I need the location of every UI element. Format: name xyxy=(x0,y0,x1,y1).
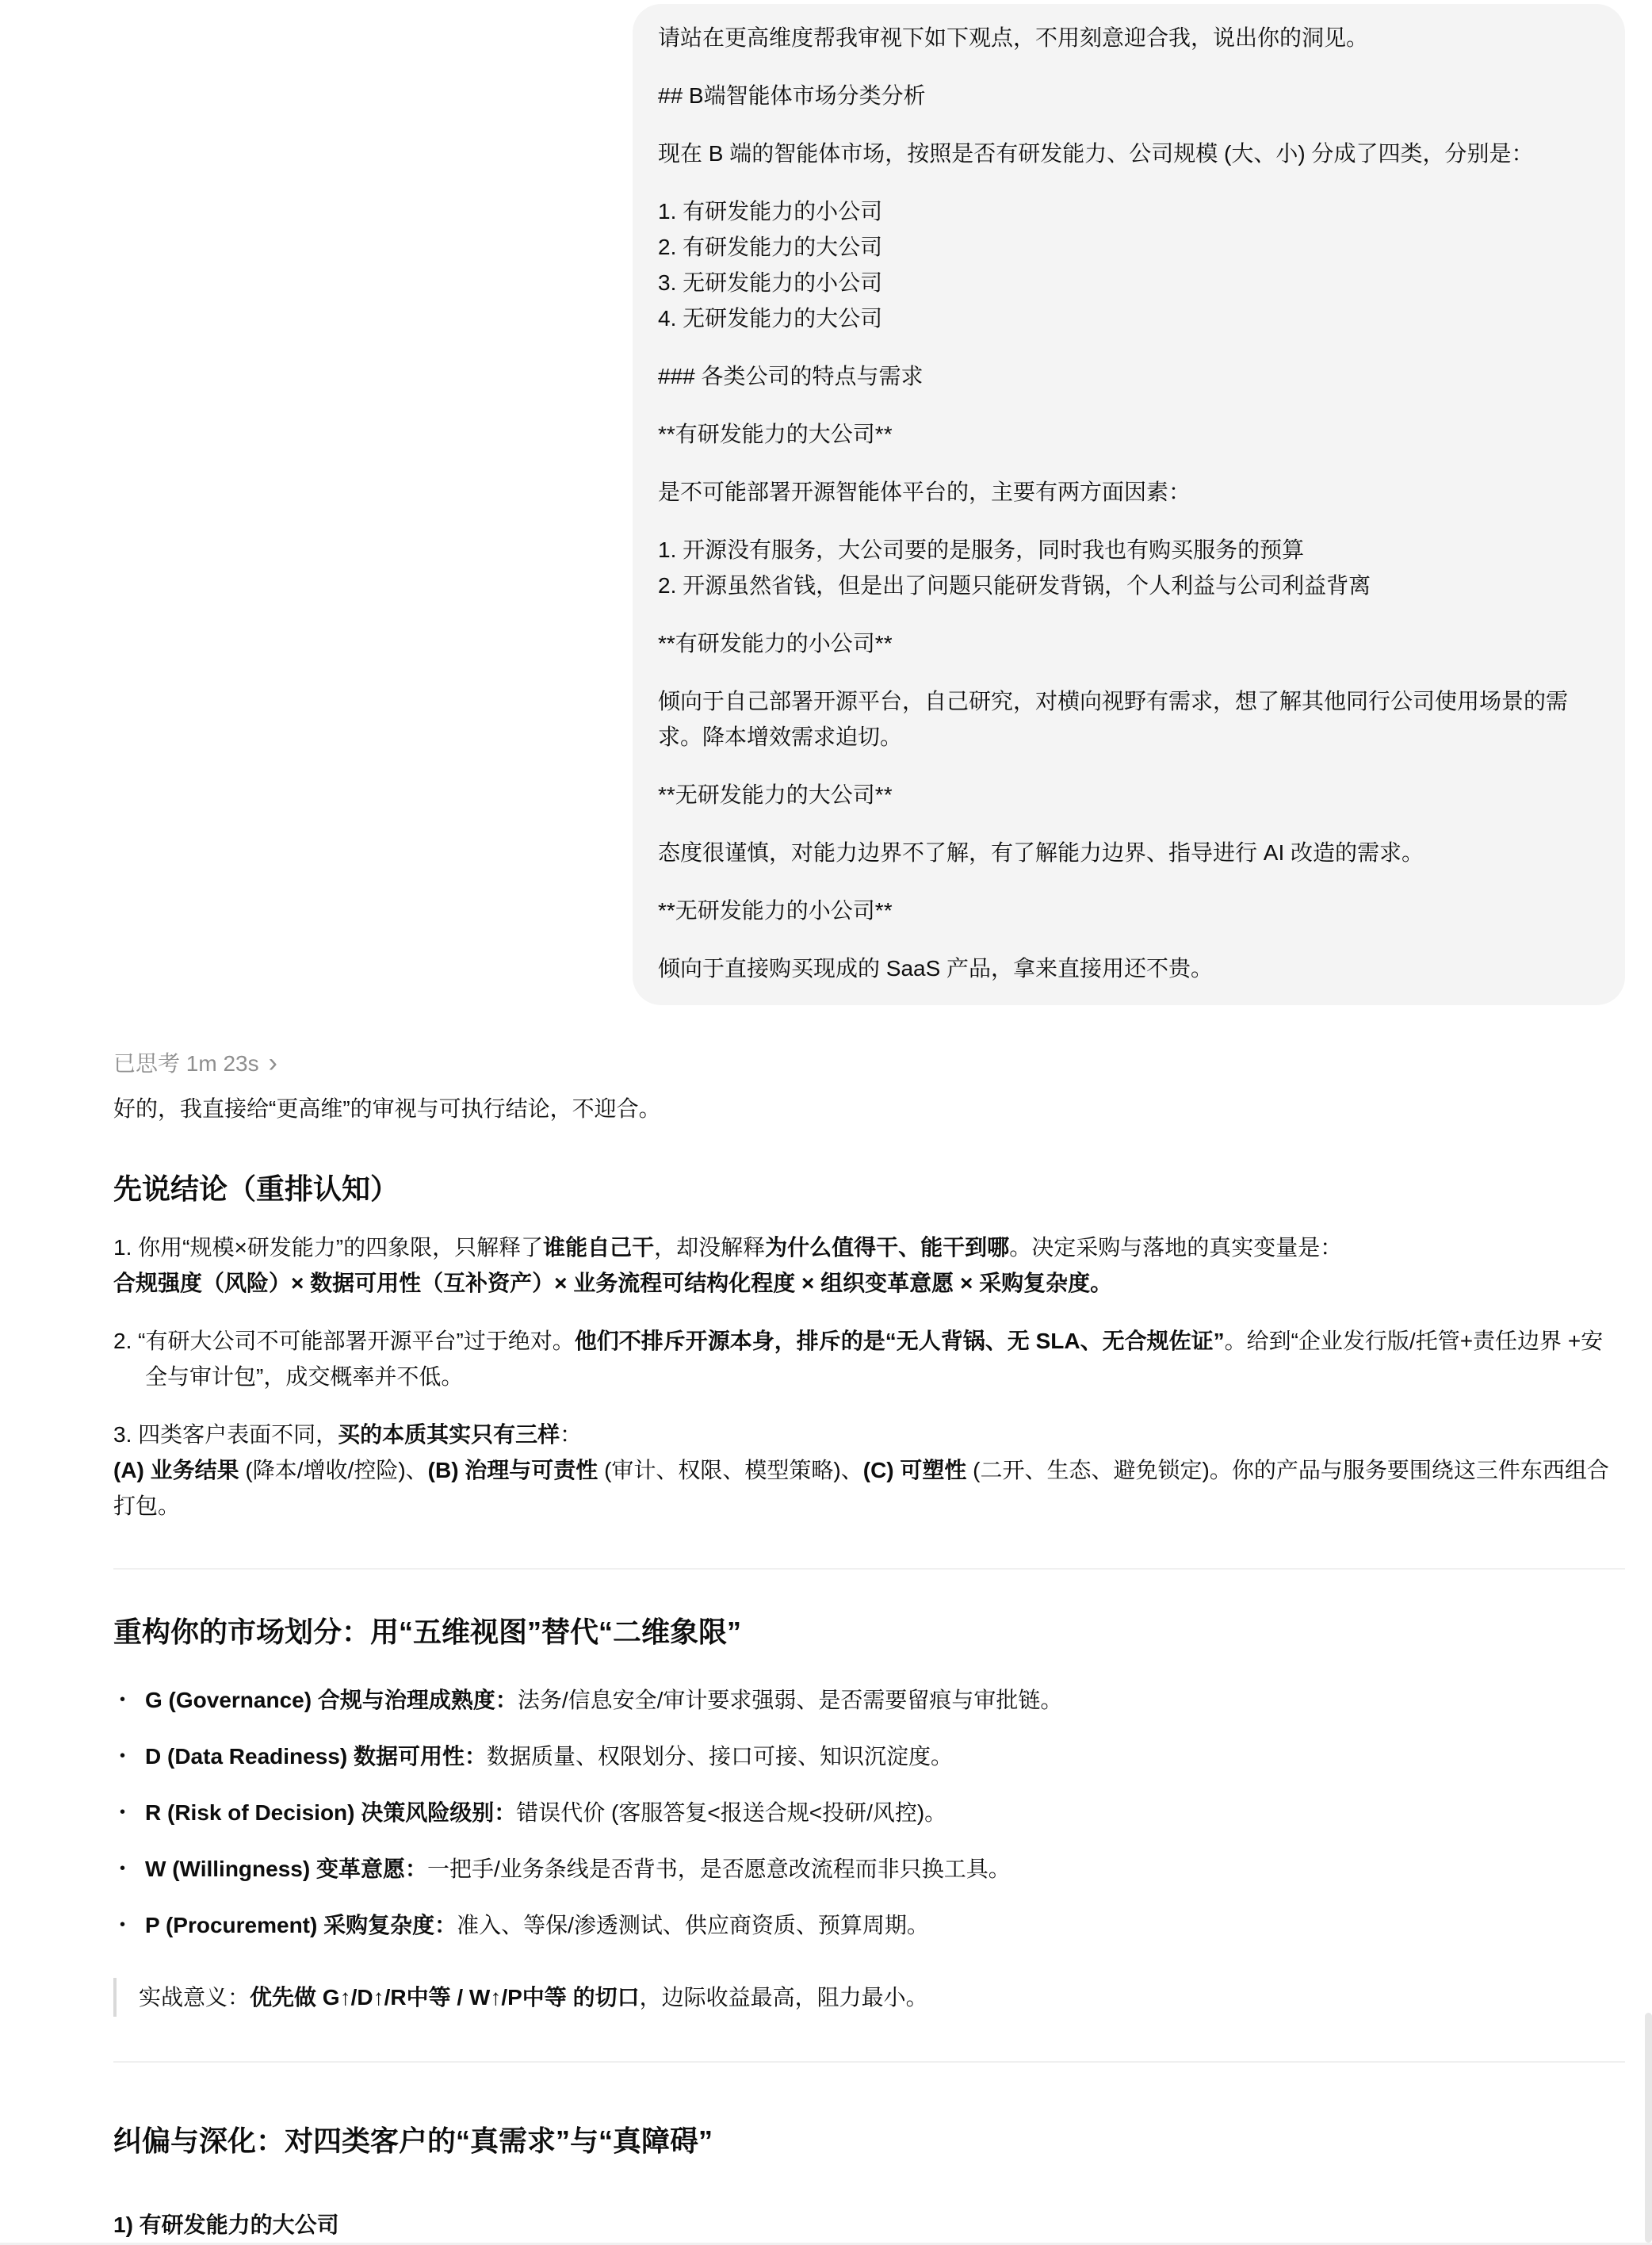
text: (降本/增收/控险)、 xyxy=(239,1458,428,1482)
text: 好的，我直接给“更高维”的审视与可执行结论，不迎合。 xyxy=(113,1096,661,1121)
bold-text: 他们不排斥开源本身，排斥的是“无人背锅、无 SLA、无合规佐证” xyxy=(575,1329,1225,1353)
user-paragraph: 请站在更高维度帮我审视下如下观点，不用刻意迎合我，说出你的洞见。 xyxy=(658,20,1600,55)
text: 1. 你用“规模×研发能力”的四象限，只解释了 xyxy=(113,1235,543,1260)
dimension-list-item: D (Data Readiness) 数据可用性：数据质量、权限划分、接口可接、… xyxy=(113,1738,1625,1774)
assistant-response: 好的，我直接给“更高维”的审视与可执行结论，不迎合。先说结论（重排认知）1. 你… xyxy=(113,1091,1625,2243)
text: ： xyxy=(560,1422,582,1447)
assistant-section-heading: 纠偏与深化：对四类客户的“真需求”与“真障碍” xyxy=(113,2123,1625,2159)
text: 1) 有研发能力的大公司 xyxy=(113,2212,339,2237)
numbered-line: 2. 有研发能力的大公司 xyxy=(658,229,1600,265)
thinking-toggle[interactable]: 已思考 1m 23s › xyxy=(113,1050,277,1078)
assistant-section-heading: 重构你的市场划分：用“五维视图”替代“二维象限” xyxy=(113,1614,1625,1650)
user-message-bubble: 请站在更高维度帮我审视下如下观点，不用刻意迎合我，说出你的洞见。## B端智能体… xyxy=(633,4,1625,1005)
user-paragraph: 现在 B 端的智能体市场，按照是否有研发能力、公司规模 (大、小) 分成了四类，… xyxy=(658,136,1600,171)
numbered-line: 3. 无研发能力的小公司 xyxy=(658,265,1600,300)
text: 态度很谨慎，对能力边界不了解，有了解能力边界、指导进行 AI 改造的需求。 xyxy=(658,840,1424,865)
text: 重构你的市场划分：用“五维视图”替代“二维象限” xyxy=(113,1616,741,1648)
text: 现在 B 端的智能体市场，按照是否有研发能力、公司规模 (大、小) 分成了四类，… xyxy=(658,141,1533,166)
scrollbar-thumb[interactable] xyxy=(1645,2013,1652,2243)
text: 2. “有研大公司不可能部署开源平台”过于绝对。 xyxy=(113,1329,575,1353)
user-paragraph: **无研发能力的小公司** xyxy=(658,893,1600,928)
text: **有研发能力的大公司** xyxy=(658,422,893,446)
text: 法务/信息安全/审计要求强弱、是否需要留痕与审批链。 xyxy=(518,1688,1063,1712)
text: ，却没解释 xyxy=(654,1235,765,1260)
dimension-list-item: G (Governance) 合规与治理成熟度：法务/信息安全/审计要求强弱、是… xyxy=(113,1682,1625,1718)
text: **无研发能力的大公司** xyxy=(658,782,893,807)
assistant-paragraph: 1) 有研发能力的大公司 xyxy=(113,2207,1625,2243)
numbered-line: 4. 无研发能力的大公司 xyxy=(658,300,1600,336)
bold-text: 为什么值得干、能干到哪 xyxy=(765,1235,1009,1260)
text: **有研发能力的小公司** xyxy=(658,631,893,656)
text: 3. 四类客户表面不同， xyxy=(113,1422,338,1447)
text: 实战意义： xyxy=(139,1985,250,2010)
text: 倾向于自己部署开源平台，自己研究，对横向视野有需求，想了解其他同行公司使用场景的… xyxy=(658,689,1568,749)
text: 倾向于直接购买现成的 SaaS 产品，拿来直接用还不贵。 xyxy=(658,956,1213,981)
section-divider xyxy=(113,2061,1625,2063)
bold-text: P (Procurement) 采购复杂度： xyxy=(145,1913,457,1937)
user-paragraph: 态度很谨慎，对能力边界不了解，有了解能力边界、指导进行 AI 改造的需求。 xyxy=(658,835,1600,870)
bold-text: (A) 业务结果 xyxy=(113,1458,239,1482)
assistant-paragraph: 3. 四类客户表面不同，买的本质其实只有三样： xyxy=(113,1417,1625,1452)
assistant-paragraph: 好的，我直接给“更高维”的审视与可执行结论，不迎合。 xyxy=(113,1091,1625,1126)
dimension-list-item: R (Risk of Decision) 决策风险级别：错误代价 (客服答复<报… xyxy=(113,1795,1625,1830)
user-paragraph: ### 各类公司的特点与需求 xyxy=(658,358,1600,394)
bold-text: (C) 可塑性 xyxy=(863,1458,967,1482)
dimension-list-item: W (Willingness) 变革意愿：一把手/业务条线是否背书，是否愿意改流… xyxy=(113,1851,1625,1887)
bold-text: G (Governance) 合规与治理成熟度： xyxy=(145,1688,518,1712)
text: 先说结论（重排认知） xyxy=(113,1172,399,1205)
user-numbered-lines: 1. 有研发能力的小公司2. 有研发能力的大公司3. 无研发能力的小公司4. 无… xyxy=(658,193,1600,336)
user-paragraph: ## B端智能体市场分类分析 xyxy=(658,78,1600,113)
assistant-message: 已思考 1m 23s › 好的，我直接给“更高维”的审视与可执行结论，不迎合。先… xyxy=(113,1050,1625,2243)
dimension-list: G (Governance) 合规与治理成熟度：法务/信息安全/审计要求强弱、是… xyxy=(113,1682,1625,1943)
conversation-thread: 请站在更高维度帮我审视下如下观点，不用刻意迎合我，说出你的洞见。## B端智能体… xyxy=(113,0,1625,2243)
bold-text: W (Willingness) 变革意愿： xyxy=(145,1857,427,1881)
user-paragraph: **有研发能力的大公司** xyxy=(658,416,1600,452)
text: 纠偏与深化：对四类客户的“真需求”与“真障碍” xyxy=(113,2125,713,2157)
chevron-right-icon: › xyxy=(269,1049,277,1077)
callout-quote: 实战意义：优先做 G↑/D↑/R中等 / W↑/P中等 的切口，边际收益最高，阻… xyxy=(113,1978,1625,2017)
user-numbered-lines: 1. 开源没有服务，大公司要的是服务，同时我也有购买服务的预算2. 开源虽然省钱… xyxy=(658,532,1600,603)
assistant-paragraph: 2. “有研大公司不可能部署开源平台”过于绝对。他们不排斥开源本身，排斥的是“无… xyxy=(113,1323,1625,1394)
user-paragraph: 倾向于自己部署开源平台，自己研究，对横向视野有需求，想了解其他同行公司使用场景的… xyxy=(658,683,1600,755)
text: 请站在更高维度帮我审视下如下观点，不用刻意迎合我，说出你的洞见。 xyxy=(658,25,1368,50)
text: 准入、等保/渗透测试、供应商资质、预算周期。 xyxy=(457,1913,929,1937)
bold-text: D (Data Readiness) 数据可用性： xyxy=(145,1744,487,1769)
assistant-paragraph: (A) 业务结果 (降本/增收/控险)、(B) 治理与可责性 (审计、权限、模型… xyxy=(113,1452,1625,1524)
text: ## B端智能体市场分类分析 xyxy=(658,83,926,108)
user-paragraph: 倾向于直接购买现成的 SaaS 产品，拿来直接用还不贵。 xyxy=(658,950,1600,986)
numbered-line: 1. 开源没有服务，大公司要的是服务，同时我也有购买服务的预算 xyxy=(658,532,1600,568)
dimension-list-item: P (Procurement) 采购复杂度：准入、等保/渗透测试、供应商资质、预… xyxy=(113,1907,1625,1943)
text: 。决定采购与落地的真实变量是： xyxy=(1009,1235,1342,1260)
bold-text: 合规强度（风险）× 数据可用性（互补资产）× 业务流程可结构化程度 × 组织变革… xyxy=(113,1271,1112,1295)
assistant-paragraph: 1. 你用“规模×研发能力”的四象限，只解释了谁能自己干，却没解释为什么值得干、… xyxy=(113,1230,1625,1301)
text: ，边际收益最高，阻力最小。 xyxy=(640,1985,928,2010)
section-divider xyxy=(113,1568,1625,1570)
bold-text: 买的本质其实只有三样 xyxy=(338,1422,560,1447)
text: 错误代价 (客服答复<报送合规<投研/风控)。 xyxy=(516,1800,946,1825)
user-paragraph: 是不可能部署开源智能体平台的，主要有两方面因素： xyxy=(658,474,1600,510)
bold-text: R (Risk of Decision) 决策风险级别： xyxy=(145,1800,516,1825)
thinking-duration-label: 已思考 1m 23s xyxy=(113,1050,259,1078)
text: 数据质量、权限划分、接口可接、知识沉淀度。 xyxy=(487,1744,953,1769)
numbered-line: 1. 有研发能力的小公司 xyxy=(658,193,1600,229)
bold-text: 谁能自己干 xyxy=(543,1235,654,1260)
text: ### 各类公司的特点与需求 xyxy=(658,364,924,388)
text: (审计、权限、模型策略)、 xyxy=(598,1458,862,1482)
user-paragraph: **有研发能力的小公司** xyxy=(658,625,1600,661)
numbered-line: 2. 开源虽然省钱，但是出了问题只能研发背锅，个人利益与公司利益背离 xyxy=(658,568,1600,603)
text: 是不可能部署开源智能体平台的，主要有两方面因素： xyxy=(658,480,1191,504)
user-message: 请站在更高维度帮我审视下如下观点，不用刻意迎合我，说出你的洞见。## B端智能体… xyxy=(113,0,1625,1005)
user-paragraph: **无研发能力的大公司** xyxy=(658,777,1600,813)
text: 一把手/业务条线是否背书，是否愿意改流程而非只换工具。 xyxy=(427,1857,1011,1881)
assistant-section-heading: 先说结论（重排认知） xyxy=(113,1171,1625,1207)
text: **无研发能力的小公司** xyxy=(658,898,893,923)
bold-text: (B) 治理与可责性 xyxy=(428,1458,598,1482)
bold-text: 优先做 G↑/D↑/R中等 / W↑/P中等 的切口 xyxy=(250,1985,640,2010)
